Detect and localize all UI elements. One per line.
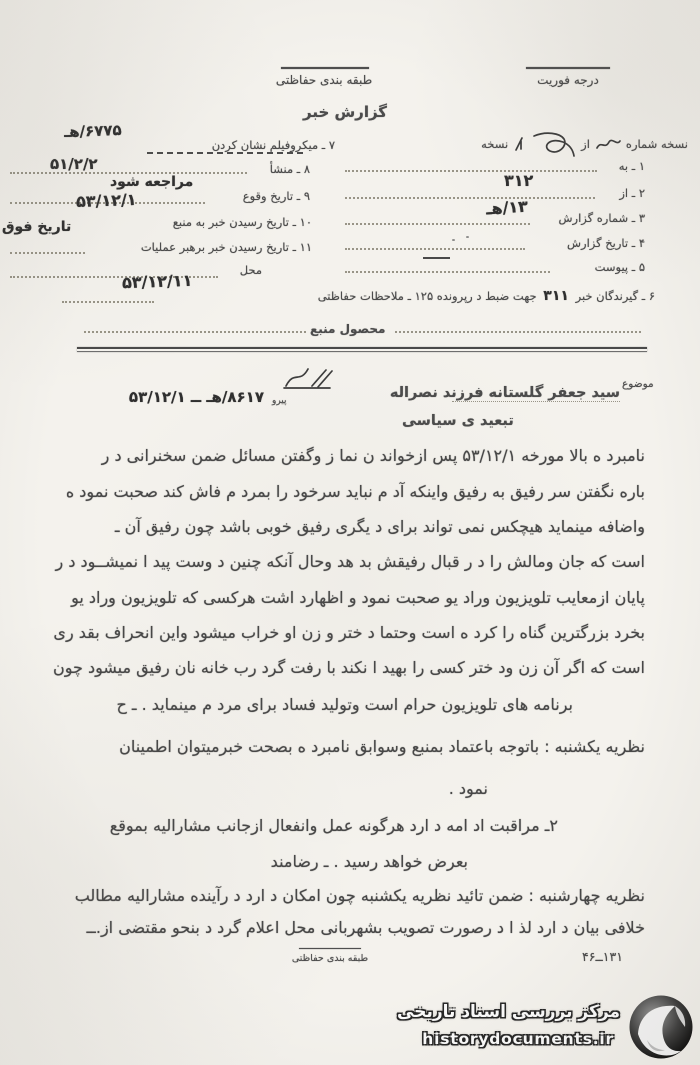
field-place-label: محل [240,263,262,277]
handwritten-dash-mark [423,257,450,259]
handwritten-loop-icon [530,129,576,159]
classification-overline [281,67,369,69]
field-news-to-leader-label: ۱۱ ـ تاریخ رسیدن خبر برهبر عملیات [141,240,312,254]
handwritten-scribble-icon [595,136,621,152]
field-microfilm-label: ۷ ـ میکروفیلم نشان کردن [212,138,335,152]
source-product-ruleline-left [84,331,306,333]
field-from-ruleline [345,197,595,199]
field-recipients-ruleline [62,301,154,303]
field-from-label: ۲ ـ از [619,186,645,200]
body-line: بخرد بزرگترین گناه را کرد ه است وحتما د … [53,623,645,642]
body-line: بعرض خواهد رسید . ـ رضامند [271,852,468,871]
field-report-date-ruleline [345,248,525,250]
field-attachment-ruleline [345,271,550,273]
subject-follow-label: پیرو [272,396,287,406]
classification-label: طبقه بندی حفاظتی [264,73,384,87]
footer-page-number: ۱۳۱ــ۴۶ [582,949,623,964]
footer-classification-overline [299,948,361,949]
field-recipients-label: ۶ ـ گیرندگان خبر [576,289,655,303]
ink-speck [466,236,469,238]
copy-number-line: نسخه شماره از نسخه [448,129,688,159]
subject-name: سید جعفر گلستانه فرزند نصراله [390,385,620,401]
copy-line-part2: از [581,137,590,151]
field-recipients-value: ۳۱۱ [543,288,569,304]
field-occurrence-date-hand-value: ۵۳/۱۲/۱ [76,190,137,211]
field-microfilm-hand-number: ۶۷۷۵/هـ [64,121,122,141]
field-report-number-ruleline [345,223,530,225]
field-occurrence-date-label: ۹ ـ تاریخ وقوع [243,189,310,203]
field-report-date-label: ۴ ـ تاریخ گزارش [567,236,645,250]
body-line-opinion-wednesday: نظریه چهارشنبه : ضمن تائید نظریه یکشنبه … [75,886,645,905]
source-product-label: محصول منبع [310,322,385,336]
field-microfilm-hand-date: ۵۱/۲/۲ [50,155,98,173]
body-line: نمود . [449,779,488,798]
body-line: واضافه مینماید هیچکس نمی تواند برای د یگ… [115,517,645,536]
body-line: ۲ـ مراقبت اد امه د ارد هرگونه عمل وانفعا… [110,816,558,835]
body-line: خلافی بیان د ارد لذ ا د رصورت تصویب بشهر… [86,918,645,937]
ink-speck [452,239,455,241]
handwritten-reference-scribble-icon [280,366,334,390]
field-origin-hand-value: مراجعه شود [110,174,193,190]
field-news-to-source-label: ۱۰ ـ تاریخ رسیدن خبر به منبع [173,215,312,229]
urgency-overline [526,67,610,69]
handwritten-strikethrough [147,152,303,154]
field-origin-label: ۸ ـ منشأ [270,162,310,176]
field-to-value: ۳۱۲ [504,171,533,190]
footer-classification-label: طبقه بندی حفاظتی [287,953,373,964]
field-report-number-value: ۱۳/هـ [485,197,528,219]
field-recipients-row: ۶ ـ گیرندگان خبر ۳۱۱ جهت ضبط د رپرونده ۱… [318,288,655,304]
form-title: گزارش خبر [303,103,387,121]
scanned-document-page: درجه فوریت طبقه بندی حفاظتی گزارش خبر نس… [0,0,700,1065]
subject-reference-number: ۸۶۱۷/هـ ــ ۵۳/۱۲/۱ [129,388,264,406]
field-place-hand-value: ۵۳/۱۲/۱۱ [122,271,193,292]
body-line: باره نگفتن سر رفیق به رفیق واینکه آد م ن… [66,482,645,501]
field-report-number-label: ۳ ـ شماره گزارش [559,211,646,225]
field-attachment-label: ۵ ـ پیوست [595,260,645,274]
field-to-label: ۱ ـ به [619,159,645,173]
body-line: پایان ازمعایب تلویزیون وراد یو صحبت نمود… [71,588,645,607]
body-line: نامبرد ه بالا مورخه ۵۳/۱۲/۱ پس ازخواند ن… [102,446,645,465]
field-recipients-rest: جهت ضبط د رپرونده ۱۲۵ ـ ملاحظات حفاظتی [318,289,537,303]
watermark-logo-book-icon [625,994,697,1062]
field-to-ruleline [345,170,597,172]
field-news-to-leader-ruleline [10,252,85,254]
handwritten-tick-icon [513,136,525,152]
watermark-site-url: historydocuments.ir [422,1030,614,1048]
body-line: برنامه های تلویزیون حرام است وتولید فساد… [116,695,573,714]
body-line: است که اگر آن زن ود ختر کسی را بهید ا نک… [53,658,645,677]
copy-line-part1: نسخه شماره [626,137,688,151]
copy-line-part3: نسخه [481,137,508,151]
urgency-label: درجه فوریت [521,73,615,87]
field-news-to-source-hand-value: تاریخ فوق [2,219,71,235]
body-line-opinion-sunday: نظریه یکشنبه : باتوجه باعتماد بمنبع وسوا… [119,737,645,756]
subject-tag: تبعید ی سیاسی [402,413,514,429]
subject-ruleline [452,401,620,402]
watermark-title: مرکز بررسی اسناد تاریخی [397,1002,620,1022]
section-divider [77,347,647,352]
source-product-ruleline-right [395,331,641,333]
body-line: است که جان ومالش را د ر قبال رفیقش بد هد… [56,552,646,571]
subject-label: موضوع [622,378,654,390]
